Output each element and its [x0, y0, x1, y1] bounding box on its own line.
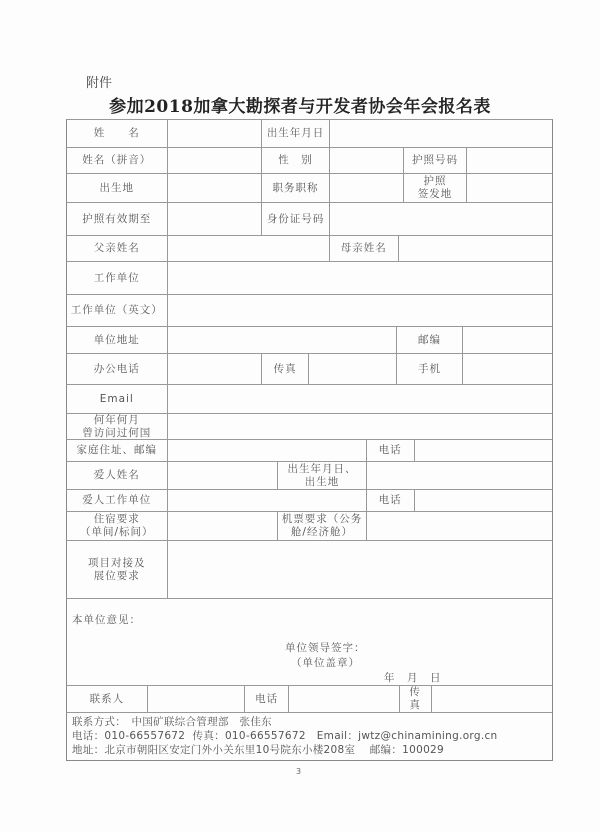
- field-input[interactable]: [168, 174, 263, 202]
- registration-form: 姓 名出生年月日姓名（拼音）性 别护照号码出生地职务职称护照 签发地护照有效期至…: [66, 119, 553, 761]
- opinion-label: 本单位意见：: [72, 612, 141, 627]
- field-label: 电话: [367, 440, 415, 461]
- field-input[interactable]: [168, 414, 552, 439]
- field-label: 职务职称: [262, 174, 330, 202]
- field-input[interactable]: [168, 262, 552, 294]
- form-row: 工作单位（英文）: [66, 294, 553, 326]
- field-label: 机票要求（公务 舱/经济舱）: [278, 512, 367, 540]
- field-input[interactable]: [168, 440, 367, 461]
- field-input[interactable]: [168, 148, 263, 173]
- field-label: 身份证号码: [262, 203, 330, 235]
- form-row: 出生地职务职称护照 签发地: [66, 173, 553, 202]
- field-input[interactable]: [168, 236, 330, 261]
- form-row: 工作单位: [66, 261, 553, 294]
- contact-line: 电话：010-66557672 传真：010-66557672 Email：jw…: [72, 729, 547, 743]
- form-row: 护照有效期至身份证号码: [66, 202, 553, 235]
- field-input[interactable]: [168, 541, 552, 598]
- field-input[interactable]: [399, 236, 552, 261]
- field-label: 电话: [367, 490, 415, 511]
- field-input[interactable]: [148, 686, 246, 712]
- field-label: 传真: [262, 354, 309, 384]
- page-number: 3: [296, 767, 301, 776]
- field-label: 母亲姓名: [330, 236, 399, 261]
- field-label: 工作单位（英文）: [67, 295, 168, 326]
- form-row: 何年何月 曾访问过何国: [66, 413, 553, 439]
- field-label: 工作单位: [67, 262, 168, 294]
- form-row: 姓 名出生年月日: [66, 119, 553, 147]
- field-label: 电话: [245, 686, 289, 712]
- field-input[interactable]: [168, 512, 279, 540]
- field-label: 护照 签发地: [404, 174, 468, 202]
- field-input[interactable]: [367, 512, 552, 540]
- field-input[interactable]: [289, 686, 400, 712]
- date-label: 年 月 日: [384, 670, 442, 685]
- form-title: 参加2018加拿大勘探者与开发者协会年会报名表: [0, 92, 600, 117]
- field-input[interactable]: [168, 354, 263, 384]
- field-label: 爱人姓名: [67, 462, 168, 489]
- field-input[interactable]: [463, 327, 552, 353]
- form-row: 姓名（拼音）性 别护照号码: [66, 147, 553, 173]
- form-row: 父亲姓名母亲姓名: [66, 235, 553, 261]
- form-row: 爱人姓名出生年月日、 出生地: [66, 461, 553, 489]
- field-input[interactable]: [463, 354, 552, 384]
- field-label: 手机: [397, 354, 464, 384]
- contact-person-row: 联系人电话传 真: [66, 685, 553, 712]
- field-input[interactable]: [168, 490, 367, 511]
- field-label: 传 真: [400, 686, 432, 712]
- field-input[interactable]: [467, 174, 552, 202]
- form-row: 家庭住址、邮编电话: [66, 439, 553, 461]
- field-label: 父亲姓名: [67, 236, 168, 261]
- field-input[interactable]: [168, 327, 397, 353]
- field-label: Email: [67, 385, 168, 413]
- field-input[interactable]: [168, 203, 263, 235]
- field-input[interactable]: [330, 203, 552, 235]
- field-input[interactable]: [168, 120, 263, 147]
- field-input[interactable]: [432, 686, 553, 712]
- field-label: 姓 名: [67, 120, 168, 147]
- field-label: 性 别: [262, 148, 330, 173]
- field-label: 出生地: [67, 174, 168, 202]
- field-label: 邮编: [397, 327, 464, 353]
- field-label: 联系人: [67, 686, 148, 712]
- form-row: Email: [66, 384, 553, 413]
- field-label: 出生年月日、 出生地: [278, 462, 367, 489]
- field-input[interactable]: [168, 462, 279, 489]
- form-row: 办公电话传真手机: [66, 353, 553, 384]
- field-label: 住宿要求 （单间/标间）: [67, 512, 168, 540]
- form-row: 爱人工作单位电话: [66, 489, 553, 511]
- field-label: 办公电话: [67, 354, 168, 384]
- field-label: 姓名（拼音）: [67, 148, 168, 173]
- field-input[interactable]: [168, 385, 552, 413]
- field-input[interactable]: [168, 295, 552, 326]
- field-input[interactable]: [415, 440, 552, 461]
- contact-line: 地址：北京市朝阳区安定门外小关东里10号院东小楼208室 邮编：100029: [72, 743, 547, 757]
- field-input[interactable]: [330, 174, 404, 202]
- field-input[interactable]: [415, 490, 552, 511]
- form-row: 住宿要求 （单间/标间）机票要求（公务 舱/经济舱）: [66, 511, 553, 540]
- field-label: 护照有效期至: [67, 203, 168, 235]
- field-input[interactable]: [367, 462, 552, 489]
- field-label: 家庭住址、邮编: [67, 440, 168, 461]
- field-label: 护照号码: [404, 148, 468, 173]
- field-label: 爱人工作单位: [67, 490, 168, 511]
- leader-signature-label: 单位领导签字：: [285, 640, 366, 655]
- field-input[interactable]: [330, 120, 552, 147]
- attachment-label: 附件: [86, 72, 112, 91]
- field-input[interactable]: [467, 148, 552, 173]
- organizer-contact-info: 联系方式： 中国矿联综合管理部 张佳东电话：010-66557672 传真：01…: [66, 712, 553, 761]
- field-label: 何年何月 曾访问过何国: [67, 414, 168, 439]
- field-input[interactable]: [330, 148, 404, 173]
- field-input[interactable]: [309, 354, 397, 384]
- form-row: 单位地址邮编: [66, 326, 553, 353]
- field-label: 出生年月日: [262, 120, 330, 147]
- field-label: 项目对接及 展位要求: [67, 541, 168, 598]
- unit-opinion-section[interactable]: 本单位意见：单位领导签字：（单位盖章）年 月 日: [66, 598, 553, 685]
- form-row: 项目对接及 展位要求: [66, 540, 553, 598]
- contact-line: 联系方式： 中国矿联综合管理部 张佳东: [72, 715, 547, 729]
- field-label: 单位地址: [67, 327, 168, 353]
- unit-seal-label: （单位盖章）: [291, 655, 360, 670]
